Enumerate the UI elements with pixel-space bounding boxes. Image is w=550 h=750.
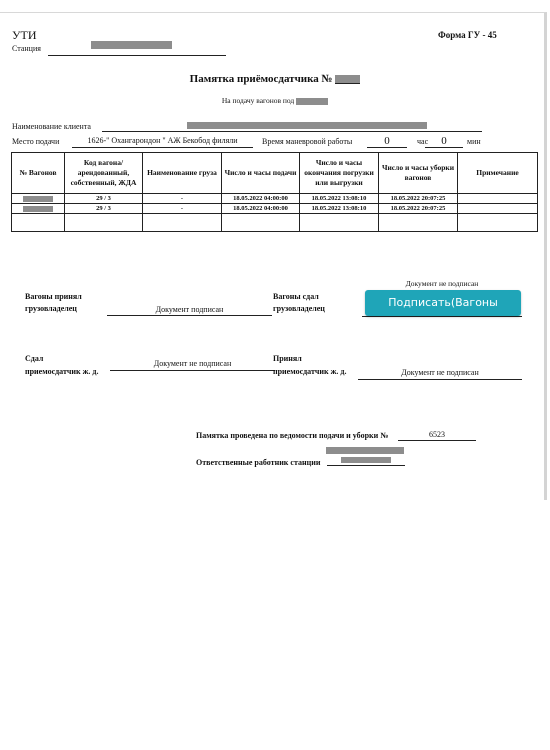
responsible-field bbox=[327, 456, 405, 466]
minutes-label: мин bbox=[467, 137, 481, 146]
table-header-row: № Вагонов Код вагона/ арендованный, собс… bbox=[12, 153, 538, 194]
removed-cell: 18.05.2022 20:07:25 bbox=[379, 194, 458, 204]
page-subtitle: На подачу вагонов под bbox=[0, 96, 550, 105]
handed-rail-status: Документ не подписан bbox=[110, 357, 275, 371]
responsible-redacted bbox=[341, 457, 391, 463]
document-page bbox=[0, 12, 547, 500]
col-delivered: Число и часы подачи bbox=[222, 153, 300, 194]
removed-cell: 18.05.2022 20:07:25 bbox=[379, 204, 458, 214]
responsible-label: Ответственные работник станции bbox=[196, 458, 320, 467]
handed-owner-label: Вагоны сдал грузовладелец bbox=[273, 291, 325, 315]
subtitle-redacted bbox=[296, 98, 328, 105]
delivered-cell: 18.05.2022 04:00:00 bbox=[222, 204, 300, 214]
statement-number: 6523 bbox=[398, 429, 476, 441]
form-label: Форма ГУ - 45 bbox=[438, 30, 497, 40]
loading-end-cell: 18.05.2022 13:08:10 bbox=[300, 194, 379, 204]
station-label: Станция bbox=[12, 44, 41, 53]
client-label: Наименование клиента bbox=[12, 122, 91, 131]
shunting-time-label: Время маневровой работы bbox=[262, 137, 352, 146]
station-redacted bbox=[91, 41, 172, 49]
accepted-owner-status: Документ подписан bbox=[107, 303, 272, 316]
col-note: Примечание bbox=[458, 153, 538, 194]
wagon-number-redacted bbox=[23, 206, 53, 212]
wagon-number-cell bbox=[12, 194, 65, 204]
note-cell bbox=[458, 204, 538, 214]
hours-field: 0 bbox=[367, 134, 407, 148]
delivery-place-label: Место подачи bbox=[12, 137, 59, 146]
station-field bbox=[48, 46, 226, 56]
cargo-cell: - bbox=[143, 204, 222, 214]
sign-wagons-accepted-button[interactable]: Подписать(Вагоны принял) bbox=[365, 290, 521, 316]
accepted-rail-label: Принял приемосдатчик ж. д. bbox=[273, 352, 346, 378]
col-wagon-code: Код вагона/ арендованный, собственный, Ж… bbox=[65, 153, 143, 194]
wagons-table: № Вагонов Код вагона/ арендованный, собс… bbox=[11, 152, 538, 232]
responsible-name-redacted-top bbox=[326, 447, 404, 454]
table-row: 29 / 3 - 18.05.2022 04:00:00 18.05.2022 … bbox=[12, 204, 538, 214]
col-cargo: Наименование груза bbox=[143, 153, 222, 194]
wagon-number-cell bbox=[12, 204, 65, 214]
loading-end-cell: 18.05.2022 13:08:10 bbox=[300, 204, 379, 214]
col-loading-end: Число и часы окончания погрузки или выгр… bbox=[300, 153, 379, 194]
statement-label: Памятка проведена по ведомости подачи и … bbox=[196, 431, 388, 440]
table-row-empty bbox=[12, 214, 538, 232]
client-field bbox=[102, 122, 482, 132]
col-removed: Число и часы уборки вагонов bbox=[379, 153, 458, 194]
wagon-number-redacted bbox=[23, 196, 53, 202]
note-cell bbox=[458, 194, 538, 204]
accepted-owner-label: Вагоны принял грузовладелец bbox=[25, 291, 82, 315]
accepted-rail-status: Документ не подписан bbox=[358, 366, 522, 380]
wagon-code-cell: 29 / 3 bbox=[65, 194, 143, 204]
memo-number-redacted bbox=[335, 75, 360, 84]
table-row: 29 / 3 - 18.05.2022 04:00:00 18.05.2022 … bbox=[12, 194, 538, 204]
minutes-field: 0 bbox=[425, 134, 463, 148]
client-redacted bbox=[187, 122, 427, 129]
delivery-place-field: 1626-" Охангарондон " АЖ Бекобод филяли bbox=[72, 134, 253, 148]
handed-rail-label: Сдал приемосдатчик ж. д. bbox=[25, 352, 98, 378]
handed-owner-status: Документ не подписан bbox=[362, 279, 522, 288]
page-title: Памятка приёмосдатчика № bbox=[0, 73, 550, 85]
col-wagon-number: № Вагонов bbox=[12, 153, 65, 194]
cargo-cell: - bbox=[143, 194, 222, 204]
wagon-code-cell: 29 / 3 bbox=[65, 204, 143, 214]
uti-label: УТИ bbox=[12, 28, 37, 43]
delivered-cell: 18.05.2022 04:00:00 bbox=[222, 194, 300, 204]
